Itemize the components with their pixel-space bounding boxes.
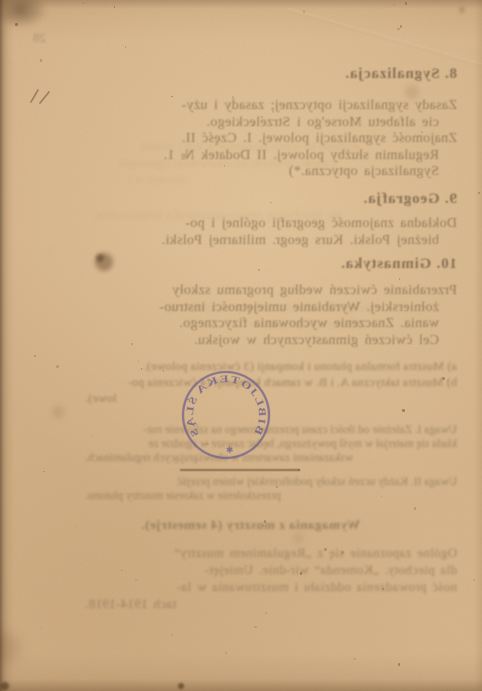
vignette-overlay [0, 0, 482, 691]
scanned-document-page: zestaw i jest w rozmieszczeniu na batalj… [0, 0, 482, 691]
